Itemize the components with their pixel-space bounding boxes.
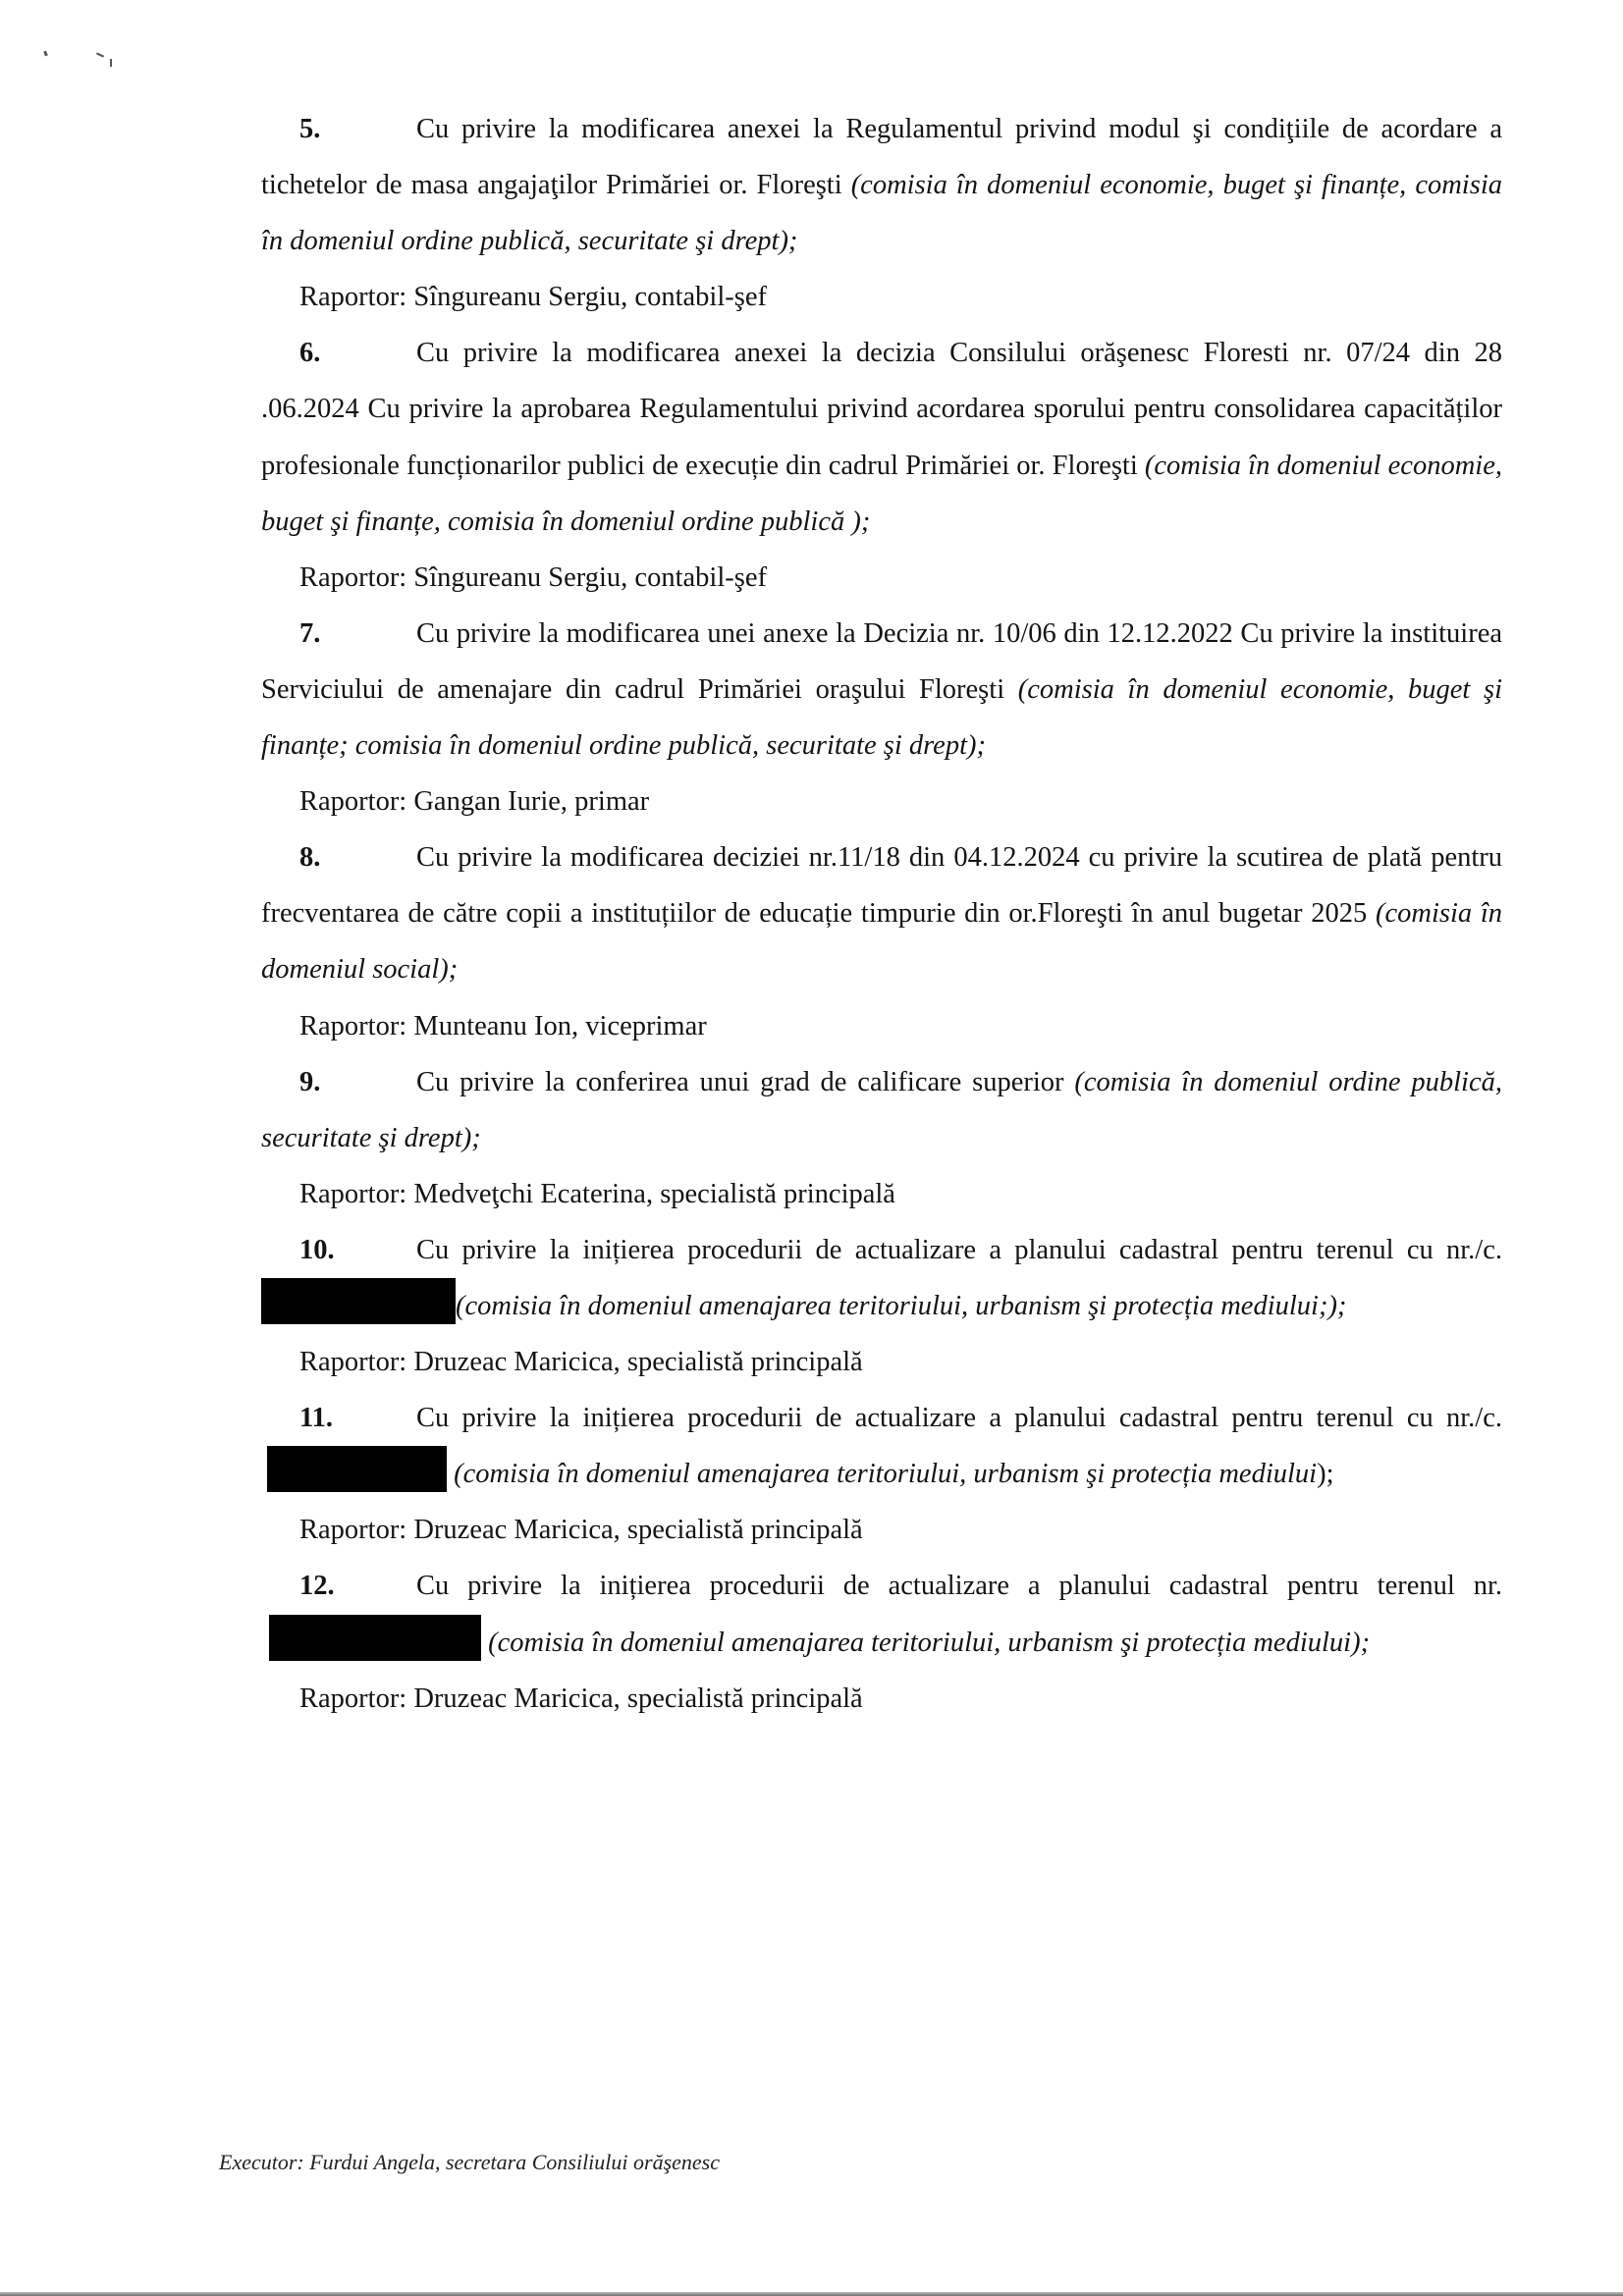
- agenda-item-9: 9.Cu privire la conferirea unui grad de …: [261, 1054, 1502, 1222]
- redaction-box: [267, 1446, 447, 1492]
- executor-footer: Executor: Furdui Angela, secretara Consi…: [219, 2150, 720, 2175]
- agenda-list: 5.Cu privire la modificarea anexei la Re…: [261, 101, 1502, 1727]
- item-text: Cu privire la modificarea deciziei nr.11…: [261, 842, 1502, 929]
- agenda-item-6: 6.Cu privire la modificarea anexei la de…: [261, 325, 1502, 605]
- item-raportor: Raportor: Druzeac Maricica, specialistă …: [261, 1671, 1502, 1727]
- item-committee: (comisia în domeniul amenajarea teritori…: [456, 1291, 1346, 1321]
- item-number: 11.: [299, 1390, 416, 1446]
- item-committee: (comisia în domeniul amenajarea teritori…: [488, 1628, 1370, 1658]
- item-raportor: Raportor: Sîngureanu Sergiu, contabil-şe…: [261, 269, 1502, 325]
- item-text: Cu privire la inițierea procedurii de ac…: [416, 1571, 1502, 1601]
- item-raportor: Raportor: Druzeac Maricica, specialistă …: [261, 1334, 1502, 1390]
- item-number: 9.: [299, 1054, 416, 1110]
- item-number: 6.: [299, 325, 416, 381]
- item-raportor: Raportor: Druzeac Maricica, specialistă …: [261, 1502, 1502, 1558]
- scan-artifact: [110, 59, 112, 67]
- redaction-box: [261, 1278, 456, 1324]
- item-number: 7.: [299, 606, 416, 662]
- agenda-item-10: 10.Cu privire la inițierea procedurii de…: [261, 1222, 1502, 1390]
- item-committee: (comisia în domeniul amenajarea teritori…: [454, 1459, 1317, 1489]
- item-text: Cu privire la inițierea procedurii de ac…: [416, 1235, 1502, 1265]
- agenda-item-5: 5.Cu privire la modificarea anexei la Re…: [261, 101, 1502, 325]
- item-number: 10.: [299, 1222, 416, 1278]
- scan-bottom-edge: [0, 2292, 1623, 2296]
- item-raportor: Raportor: Munteanu Ion, viceprimar: [261, 998, 1502, 1054]
- agenda-item-8: 8.Cu privire la modificarea deciziei nr.…: [261, 829, 1502, 1053]
- item-number: 5.: [299, 101, 416, 157]
- item-text-tail: );: [1317, 1459, 1333, 1489]
- scan-artifact: [96, 52, 104, 57]
- item-number: 12.: [299, 1558, 416, 1614]
- agenda-item-12: 12.Cu privire la inițierea procedurii de…: [261, 1558, 1502, 1726]
- document-page: 5.Cu privire la modificarea anexei la Re…: [0, 0, 1623, 2296]
- item-raportor: Raportor: Gangan Iurie, primar: [261, 774, 1502, 829]
- agenda-item-11: 11.Cu privire la inițierea procedurii de…: [261, 1390, 1502, 1558]
- scan-artifact: [43, 51, 48, 57]
- item-raportor: Raportor: Sîngureanu Sergiu, contabil-şe…: [261, 550, 1502, 606]
- redaction-box: [269, 1615, 481, 1661]
- item-text: Cu privire la inițierea procedurii de ac…: [416, 1403, 1502, 1433]
- item-number: 8.: [299, 829, 416, 885]
- item-raportor: Raportor: Medveţchi Ecaterina, specialis…: [261, 1166, 1502, 1222]
- item-text: Cu privire la conferirea unui grad de ca…: [416, 1067, 1074, 1097]
- agenda-item-7: 7.Cu privire la modificarea unei anexe l…: [261, 606, 1502, 829]
